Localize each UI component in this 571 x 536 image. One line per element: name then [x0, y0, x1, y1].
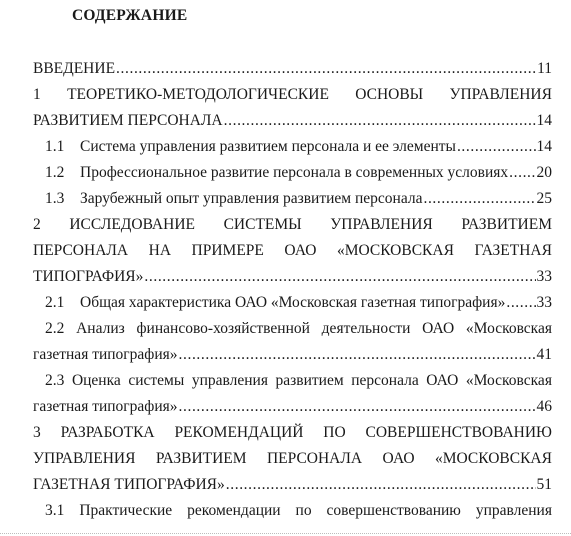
chapter-number: 2: [33, 212, 41, 238]
word: финансово-хозяйственной: [137, 316, 310, 342]
toc-entry-title: газетная типография»: [33, 342, 178, 368]
word: ПЕРСОНАЛА: [267, 446, 362, 472]
word: СИСТЕМЫ: [224, 212, 302, 238]
section-number: 2.2: [45, 316, 64, 342]
word: системы: [128, 368, 184, 394]
word: РАЗВИТИЕМ: [461, 212, 552, 238]
word: управления: [192, 368, 268, 394]
toc-entry-line: 2 ИССЛЕДОВАНИЕ СИСТЕМЫ УПРАВЛЕНИЯ РАЗВИТ…: [33, 212, 552, 238]
toc-entry-title: Система управления развитием персонала и…: [80, 134, 456, 160]
word: ОАО: [422, 316, 454, 342]
toc-entry-title: ВВЕДЕНИЕ: [33, 56, 115, 82]
toc-entry-title: ГАЗЕТНАЯ ТИПОГРАФИЯ»: [33, 472, 225, 498]
word: ОАО: [383, 446, 415, 472]
dot-leader: [226, 472, 536, 498]
word: развитием: [276, 368, 344, 394]
word: персонала: [351, 368, 418, 394]
toc-entry-chapter-2[interactable]: 2 ИССЛЕДОВАНИЕ СИСТЕМЫ УПРАВЛЕНИЯ РАЗВИТ…: [33, 212, 552, 290]
toc-entry-title: Профессиональное развитие персонала в со…: [80, 160, 508, 186]
toc-entry-line: ПЕРСОНАЛА НА ПРИМЕРЕ ОАО «МОСКОВСКАЯ ГАЗ…: [33, 238, 552, 264]
toc-entry-line: 1 ТЕОРЕТИКО-МЕТОДОЛОГИЧЕСКИЕ ОСНОВЫ УПРА…: [33, 82, 552, 108]
chapter-number: 3: [33, 420, 41, 446]
page-edge-divider: [0, 533, 571, 534]
word: Практические: [79, 498, 172, 524]
dot-leader: [144, 264, 535, 290]
toc-entry-title: газетная типография»: [33, 394, 178, 420]
word: «Московская: [466, 316, 552, 342]
word: Анализ: [76, 316, 125, 342]
dot-leader: [179, 342, 536, 368]
toc-entry-title: Общая характеристика ОАО «Московская газ…: [80, 290, 505, 316]
toc-entry-chapter-1[interactable]: 1 ТЕОРЕТИКО-МЕТОДОЛОГИЧЕСКИЕ ОСНОВЫ УПРА…: [33, 82, 552, 134]
toc-entry-section-1-3[interactable]: 1.3 Зарубежный опыт управления развитием…: [33, 186, 552, 212]
toc-page-number: 11: [537, 56, 552, 82]
word: «Московская: [466, 368, 552, 394]
toc-entry-section-2-2[interactable]: 2.2 Анализ финансово-хозяйственной деяте…: [33, 316, 552, 368]
dot-leader: [179, 394, 536, 420]
word: совершенствованию: [327, 498, 461, 524]
section-number: 2.3: [45, 368, 64, 394]
section-number: 1.3: [45, 186, 80, 212]
section-number: 2.1: [45, 290, 80, 316]
section-number: 3.1: [45, 498, 64, 524]
toc-page-number: 51: [537, 472, 553, 498]
dot-leader: [509, 160, 535, 186]
toc-page-number: 14: [537, 134, 553, 160]
word: ГАЗЕТНАЯ: [474, 238, 552, 264]
word: ПЕРСОНАЛА: [33, 238, 128, 264]
word: УПРАВЛЕНИЯ: [33, 446, 135, 472]
word: СОВЕРШЕНСТВОВАНИЮ: [366, 420, 552, 446]
dot-leader: [423, 186, 535, 212]
toc-page-number: 33: [537, 290, 553, 316]
word: ОАО: [284, 238, 316, 264]
word: РЕКОМЕНДАЦИЙ: [174, 420, 303, 446]
table-of-contents: ВВЕДЕНИЕ 11 1 ТЕОРЕТИКО-МЕТОДОЛОГИЧЕСКИЕ…: [33, 56, 552, 524]
toc-entry-line: 2.3 Оценка системы управления развитием …: [33, 368, 552, 394]
dot-leader: [224, 108, 536, 134]
word: РАЗРАБОТКА: [61, 420, 155, 446]
toc-entry-section-3-1[interactable]: 3.1 Практические рекомендации по соверше…: [33, 498, 552, 524]
word: рекомендации: [187, 498, 280, 524]
word: ИССЛЕДОВАНИЕ: [69, 212, 195, 238]
toc-page-number: 14: [537, 108, 553, 134]
section-number: 1.2: [45, 160, 80, 186]
word: по: [296, 498, 312, 524]
toc-entry-section-1-2[interactable]: 1.2 Профессиональное развитие персонала …: [33, 160, 552, 186]
word: ПО: [323, 420, 345, 446]
word: ТЕОРЕТИКО-МЕТОДОЛОГИЧЕСКИЕ: [67, 82, 329, 108]
toc-entry-section-2-1[interactable]: 2.1 Общая характеристика ОАО «Московская…: [33, 290, 552, 316]
word: РАЗВИТИЕМ: [156, 446, 247, 472]
toc-entry-section-1-1[interactable]: 1.1 Система управления развитием персона…: [33, 134, 552, 160]
toc-page-number: 20: [537, 160, 553, 186]
word: «МОСКОВСКАЯ: [435, 446, 552, 472]
toc-entry-section-2-3[interactable]: 2.3 Оценка системы управления развитием …: [33, 368, 552, 420]
word: УПРАВЛЕНИЯ: [330, 212, 432, 238]
dot-leader: [506, 290, 535, 316]
toc-page-number: 46: [537, 394, 553, 420]
word: управления: [476, 498, 552, 524]
word: ОАО: [426, 368, 458, 394]
word: ПРИМЕРЕ: [192, 238, 264, 264]
toc-entry-line: 2.2 Анализ финансово-хозяйственной деяте…: [33, 316, 552, 342]
toc-page-number: 33: [537, 264, 553, 290]
dot-leader: [457, 134, 536, 160]
chapter-number: 1: [33, 82, 41, 108]
toc-entry-line: 3 РАЗРАБОТКА РЕКОМЕНДАЦИЙ ПО СОВЕРШЕНСТВ…: [33, 420, 552, 446]
toc-entry-chapter-3[interactable]: 3 РАЗРАБОТКА РЕКОМЕНДАЦИЙ ПО СОВЕРШЕНСТВ…: [33, 420, 552, 498]
dot-leader: [116, 56, 536, 82]
word: Оценка: [72, 368, 121, 394]
section-number: 1.1: [45, 134, 80, 160]
word: «МОСКОВСКАЯ: [337, 238, 454, 264]
word: ОСНОВЫ: [355, 82, 423, 108]
toc-entry-title: ТИПОГРАФИЯ»: [33, 264, 143, 290]
toc-page-number: 25: [537, 186, 553, 212]
toc-entry-title: Зарубежный опыт управления развитием пер…: [80, 186, 422, 212]
word: УПРАВЛЕНИЯ: [450, 82, 552, 108]
toc-entry-line: 3.1 Практические рекомендации по соверше…: [33, 498, 552, 524]
toc-entry-title: РАЗВИТИЕМ ПЕРСОНАЛА: [33, 108, 223, 134]
toc-page-number: 41: [537, 342, 553, 368]
word: деятельности: [322, 316, 411, 342]
toc-title: СОДЕРЖАНИЕ: [72, 7, 187, 25]
word: НА: [149, 238, 171, 264]
toc-entry-introduction[interactable]: ВВЕДЕНИЕ 11: [33, 56, 552, 82]
toc-entry-line: УПРАВЛЕНИЯ РАЗВИТИЕМ ПЕРСОНАЛА ОАО «МОСК…: [33, 446, 552, 472]
